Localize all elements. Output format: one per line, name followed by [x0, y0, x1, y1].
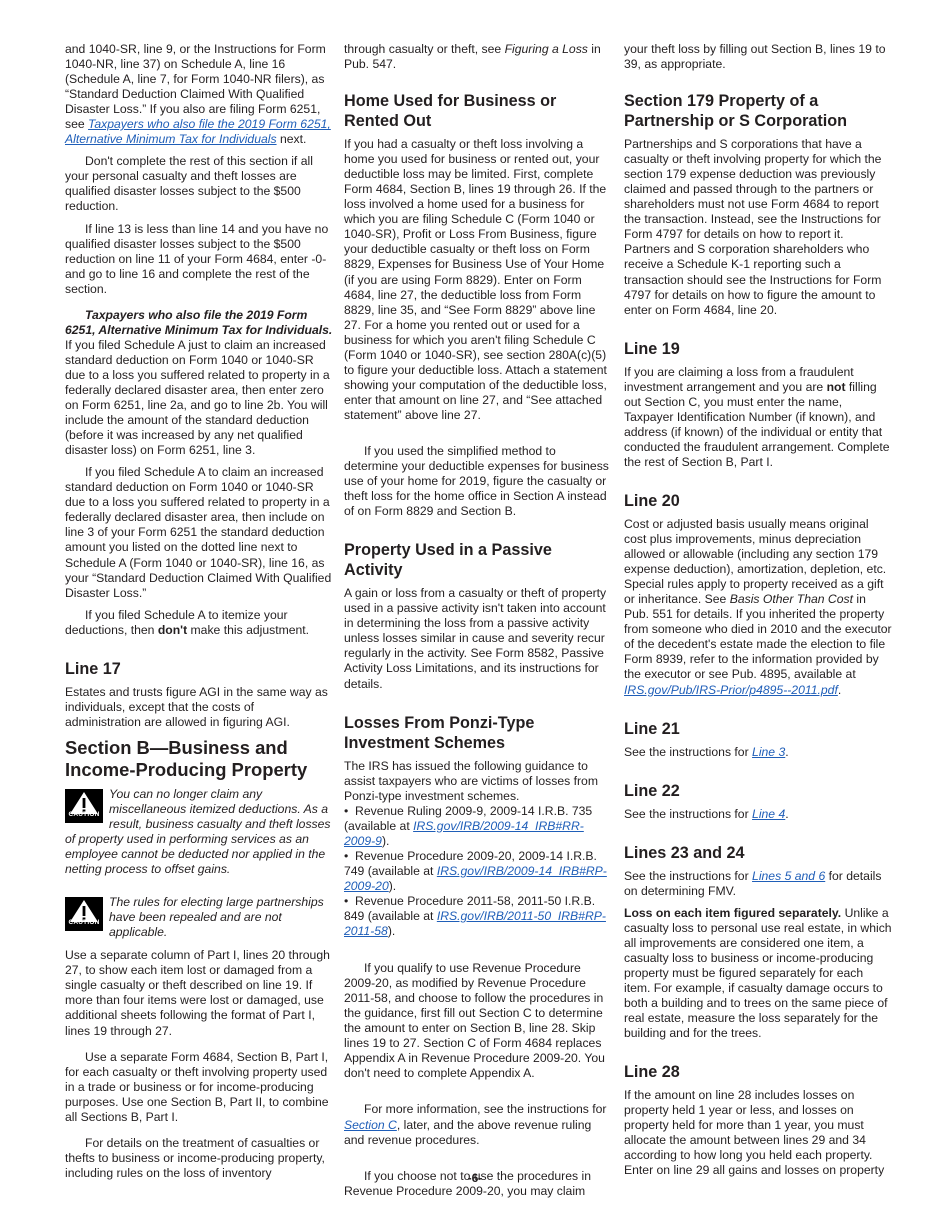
paragraph: Use a separate column of Part I, lines 2…: [65, 948, 333, 1038]
heading-line-28: Line 28: [624, 1062, 892, 1082]
inline-heading: Loss on each item figured separately.: [624, 906, 841, 920]
column-2: through casualty or theft, see Figuring …: [344, 42, 612, 1206]
paragraph: If you used the simplified method to det…: [344, 444, 612, 519]
link-section-c[interactable]: Section C: [344, 1118, 397, 1132]
heading-section-179: Section 179 Property of a Partnership or…: [624, 91, 892, 131]
link-lines-5-6[interactable]: Lines 5 and 6: [752, 869, 825, 883]
paragraph: through casualty or theft, see Figuring …: [344, 42, 612, 72]
link-line-3[interactable]: Line 3: [752, 745, 785, 759]
heading-line-20: Line 20: [624, 491, 892, 511]
paragraph: Use a separate Form 4684, Section B, Par…: [65, 1050, 333, 1125]
bullet-item: • Revenue Procedure 2009-20, 2009-14 I.R…: [344, 849, 612, 894]
paragraph: If the amount on line 28 includes losses…: [624, 1088, 892, 1178]
column-3: your theft loss by filling out Section B…: [624, 42, 892, 1185]
paragraph: For more information, see the instructio…: [344, 1102, 612, 1147]
heading-passive-activity: Property Used in a Passive Activity: [344, 540, 612, 580]
bullet-item: • Revenue Procedure 2011-58, 2011-50 I.R…: [344, 894, 612, 939]
paragraph: If you filed Schedule A to claim an incr…: [65, 465, 333, 600]
heading-home-used-for-business: Home Used for Business or Rented Out: [344, 91, 612, 131]
caution-note: CAUTION You can no longer claim any misc…: [65, 787, 333, 877]
link-pub-4895[interactable]: IRS.gov/Pub/IRS-Prior/p4895--2011.pdf: [624, 683, 838, 697]
page-number: -6-: [0, 1171, 950, 1185]
caution-note: CAUTION The rules for electing large par…: [65, 895, 333, 940]
caution-icon: CAUTION: [65, 897, 103, 931]
paragraph: See the instructions for Line 4.: [624, 807, 892, 822]
heading-line-19: Line 19: [624, 339, 892, 359]
paragraph: Don't complete the rest of this section …: [65, 154, 333, 214]
heading-line-17: Line 17: [65, 659, 333, 679]
inline-heading: Taxpayers who also file the 2019 Form 62…: [65, 308, 332, 337]
paragraph: A gain or loss from a casualty or theft …: [344, 586, 612, 691]
paragraph: If you qualify to use Revenue Procedure …: [344, 961, 612, 1081]
paragraph: your theft loss by filling out Section B…: [624, 42, 892, 72]
paragraph: Cost or adjusted basis usually means ori…: [624, 517, 892, 698]
heading-line-22: Line 22: [624, 781, 892, 801]
paragraph: If you had a casualty or theft loss invo…: [344, 137, 612, 423]
paragraph: See the instructions for Line 3.: [624, 745, 892, 760]
paragraph: Loss on each item figured separately. Un…: [624, 906, 892, 1041]
paragraph: If you are claiming a loss from a fraudu…: [624, 365, 892, 470]
heading-lines-23-24: Lines 23 and 24: [624, 843, 892, 863]
paragraph: If you filed Schedule A to itemize your …: [65, 608, 333, 638]
paragraph: The IRS has issued the following guidanc…: [344, 759, 612, 804]
paragraph: Taxpayers who also file the 2019 Form 62…: [65, 308, 333, 458]
paragraph: See the instructions for Lines 5 and 6 f…: [624, 869, 892, 899]
link-line-4[interactable]: Line 4: [752, 807, 785, 821]
heading-ponzi-schemes: Losses From Ponzi-Type Investment Scheme…: [344, 713, 612, 753]
paragraph: If line 13 is less than line 14 and you …: [65, 222, 333, 297]
paragraph: Estates and trusts figure AGI in the sam…: [65, 685, 333, 730]
caution-icon: CAUTION: [65, 789, 103, 823]
paragraph: Partnerships and S corporations that hav…: [624, 137, 892, 318]
column-1: and 1040-SR, line 9, or the Instructions…: [65, 42, 333, 1188]
heading-line-21: Line 21: [624, 719, 892, 739]
bullet-item: • Revenue Ruling 2009-9, 2009-14 I.R.B. …: [344, 804, 612, 849]
heading-section-b: Section B—Business and Income-Producing …: [65, 737, 333, 781]
paragraph: and 1040-SR, line 9, or the Instructions…: [65, 42, 333, 147]
